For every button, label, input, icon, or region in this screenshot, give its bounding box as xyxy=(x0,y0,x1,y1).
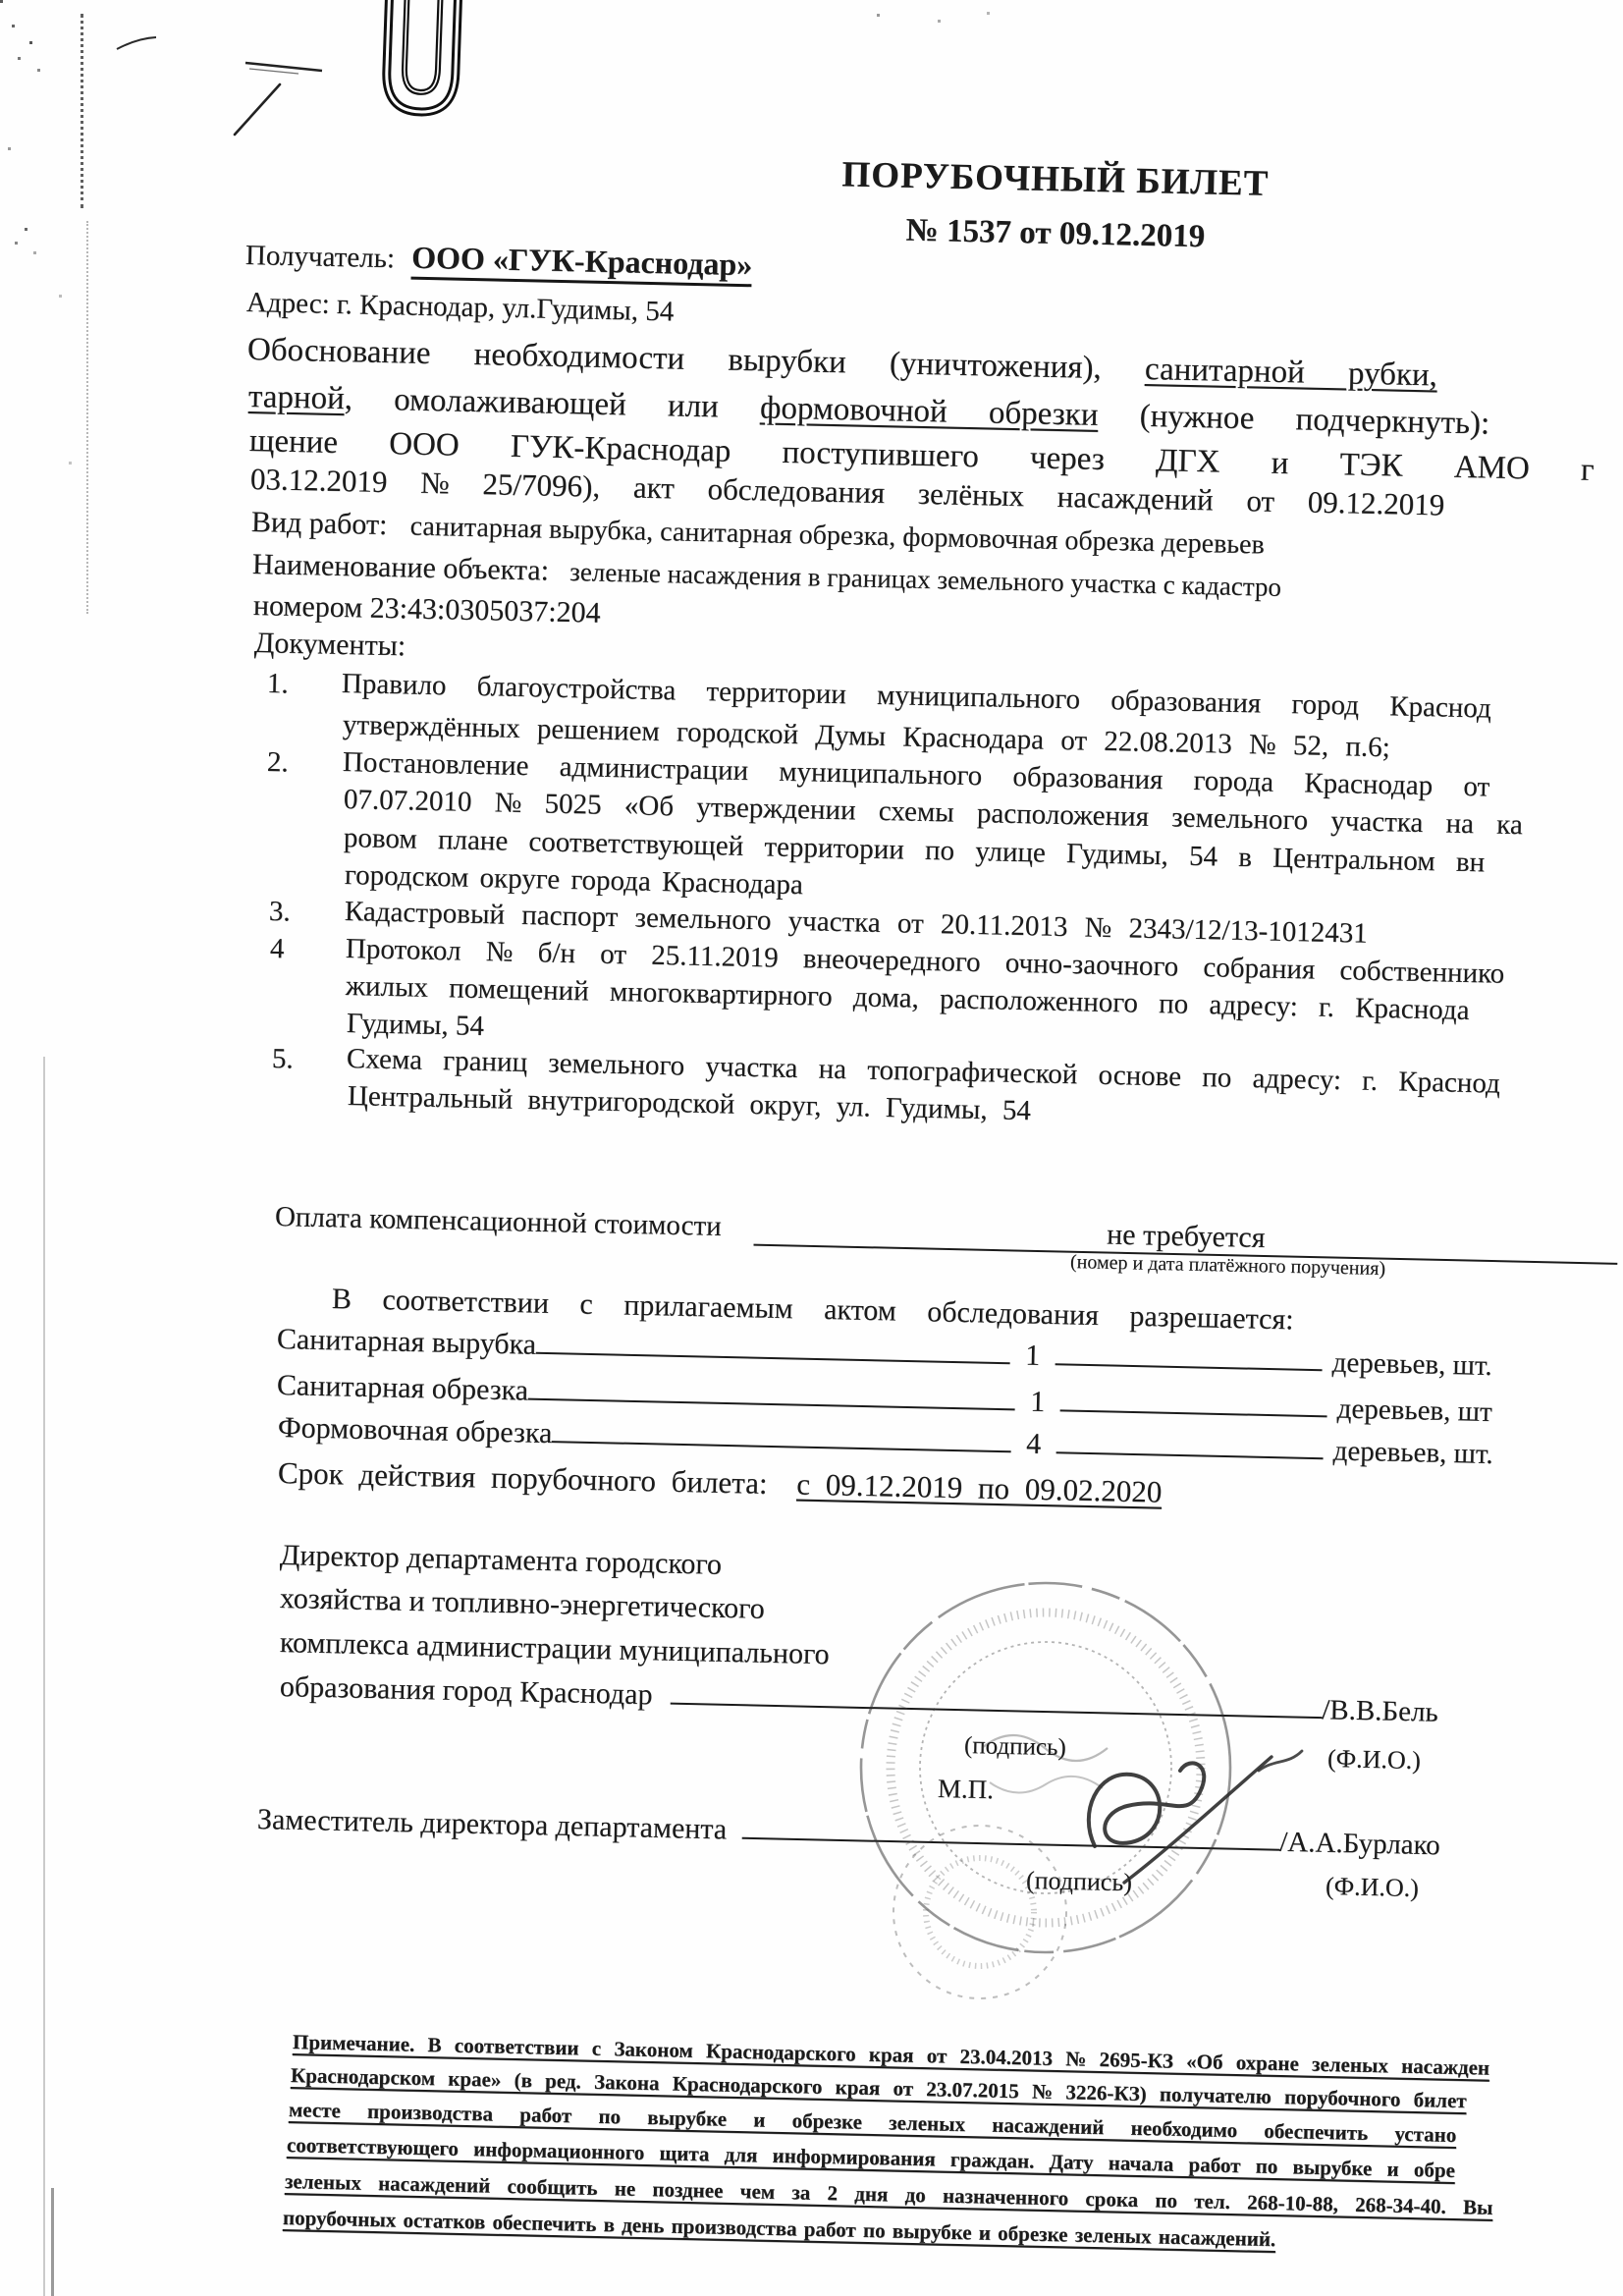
doc-5-number: 5. xyxy=(272,1043,294,1075)
payment-line: Оплата компенсационной стоимости не треб… xyxy=(275,1200,1618,1264)
recipient-line: Получатель: ООО «ГУК-Краснодар» xyxy=(245,237,753,283)
director-title-line-1: Директор департамента городского xyxy=(280,1539,723,1581)
doc-1-number: 1. xyxy=(267,668,289,700)
validity-line: Срок действия порубочного билета: с 09.1… xyxy=(278,1456,1163,1509)
row-label: Формовочная обрезка xyxy=(278,1411,553,1450)
blank-line xyxy=(1060,1409,1327,1417)
deputy-title: Заместитель директора департамента xyxy=(257,1803,728,1846)
blank-line xyxy=(536,1352,1010,1365)
cadastral-number-line: номером 23:43:0305037:204 xyxy=(253,589,601,629)
blank-line xyxy=(1055,1363,1323,1371)
row-value: 1 xyxy=(1014,1385,1060,1419)
validity-dates: с 09.12.2019 по 09.02.2020 xyxy=(796,1467,1163,1509)
row-value: 4 xyxy=(1010,1427,1056,1461)
object-value: зеленые насаждения в границах земельного… xyxy=(569,557,1281,602)
director-title-line-2: хозяйства и топливно-энергетического xyxy=(280,1582,765,1625)
address-line: Адрес: г. Краснодар, ул.Гудимы, 54 xyxy=(246,287,675,328)
payment-value: не требуется xyxy=(1107,1218,1266,1254)
document-title: ПОРУБОЧНЫЙ БИЛЕТ xyxy=(781,153,1331,206)
director-title-line-4: образования город Краснодар xyxy=(280,1670,653,1712)
recipient-label: Получатель: xyxy=(245,240,396,274)
permit-number: № 1537 от 09.12.2019 xyxy=(790,210,1322,258)
object-label: Наименование объекта: xyxy=(252,548,550,587)
note-line-6: порубочных остатков обеспечить в день пр… xyxy=(283,2207,1276,2252)
payment-label: Оплата компенсационной стоимости xyxy=(275,1201,722,1242)
doc-4-number: 4 xyxy=(270,933,285,965)
director-name: /В.В.Бель xyxy=(1322,1694,1438,1728)
row-unit: деревьев, шт xyxy=(1336,1394,1492,1429)
director-title-line-3: комплекса администрации муниципального xyxy=(280,1626,830,1671)
documents-label: Документы: xyxy=(254,627,406,663)
document-page: ПОРУБОЧНЫЙ БИЛЕТ № 1537 от 09.12.2019 По… xyxy=(0,0,1623,2296)
pen-marks xyxy=(0,0,393,167)
work-type-label: Вид работ: xyxy=(251,506,388,541)
blank-line xyxy=(528,1398,1015,1411)
underlined-option-sanitary-felling: санитарной рубки, xyxy=(1145,352,1438,393)
row-value: 1 xyxy=(1009,1339,1055,1373)
doc-4-line-3: Гудимы, 54 xyxy=(347,1008,485,1043)
blank-line xyxy=(1056,1451,1324,1459)
handwritten-signature xyxy=(1070,1743,1404,1915)
work-type-value: санитарная вырубка, санитарная обрезка, … xyxy=(409,512,1265,561)
recipient-value: ООО «ГУК-Краснодар» xyxy=(411,240,753,288)
doc-2-number: 2. xyxy=(267,746,289,779)
row-unit: деревьев, шт. xyxy=(1331,1346,1492,1382)
scan-edge-strip xyxy=(43,1057,45,2296)
underlined-option-shaping-pruning: формовочной обрезки xyxy=(760,390,1099,433)
scan-dotted-streak-faint xyxy=(86,221,88,614)
blank-line xyxy=(552,1441,1010,1452)
scan-edge-strip-dark xyxy=(51,2188,54,2296)
doc-2-line-4: городском округе города Краснодара xyxy=(345,859,804,902)
row-label: Санитарная обрезка xyxy=(277,1369,529,1407)
row-label: Санитарная вырубка xyxy=(277,1323,537,1361)
row-unit: деревьев, шт. xyxy=(1332,1435,1493,1470)
validity-label: Срок действия порубочного билета: xyxy=(278,1455,768,1501)
doc-3-number: 3. xyxy=(269,896,291,928)
paperclip-icon xyxy=(356,0,489,146)
